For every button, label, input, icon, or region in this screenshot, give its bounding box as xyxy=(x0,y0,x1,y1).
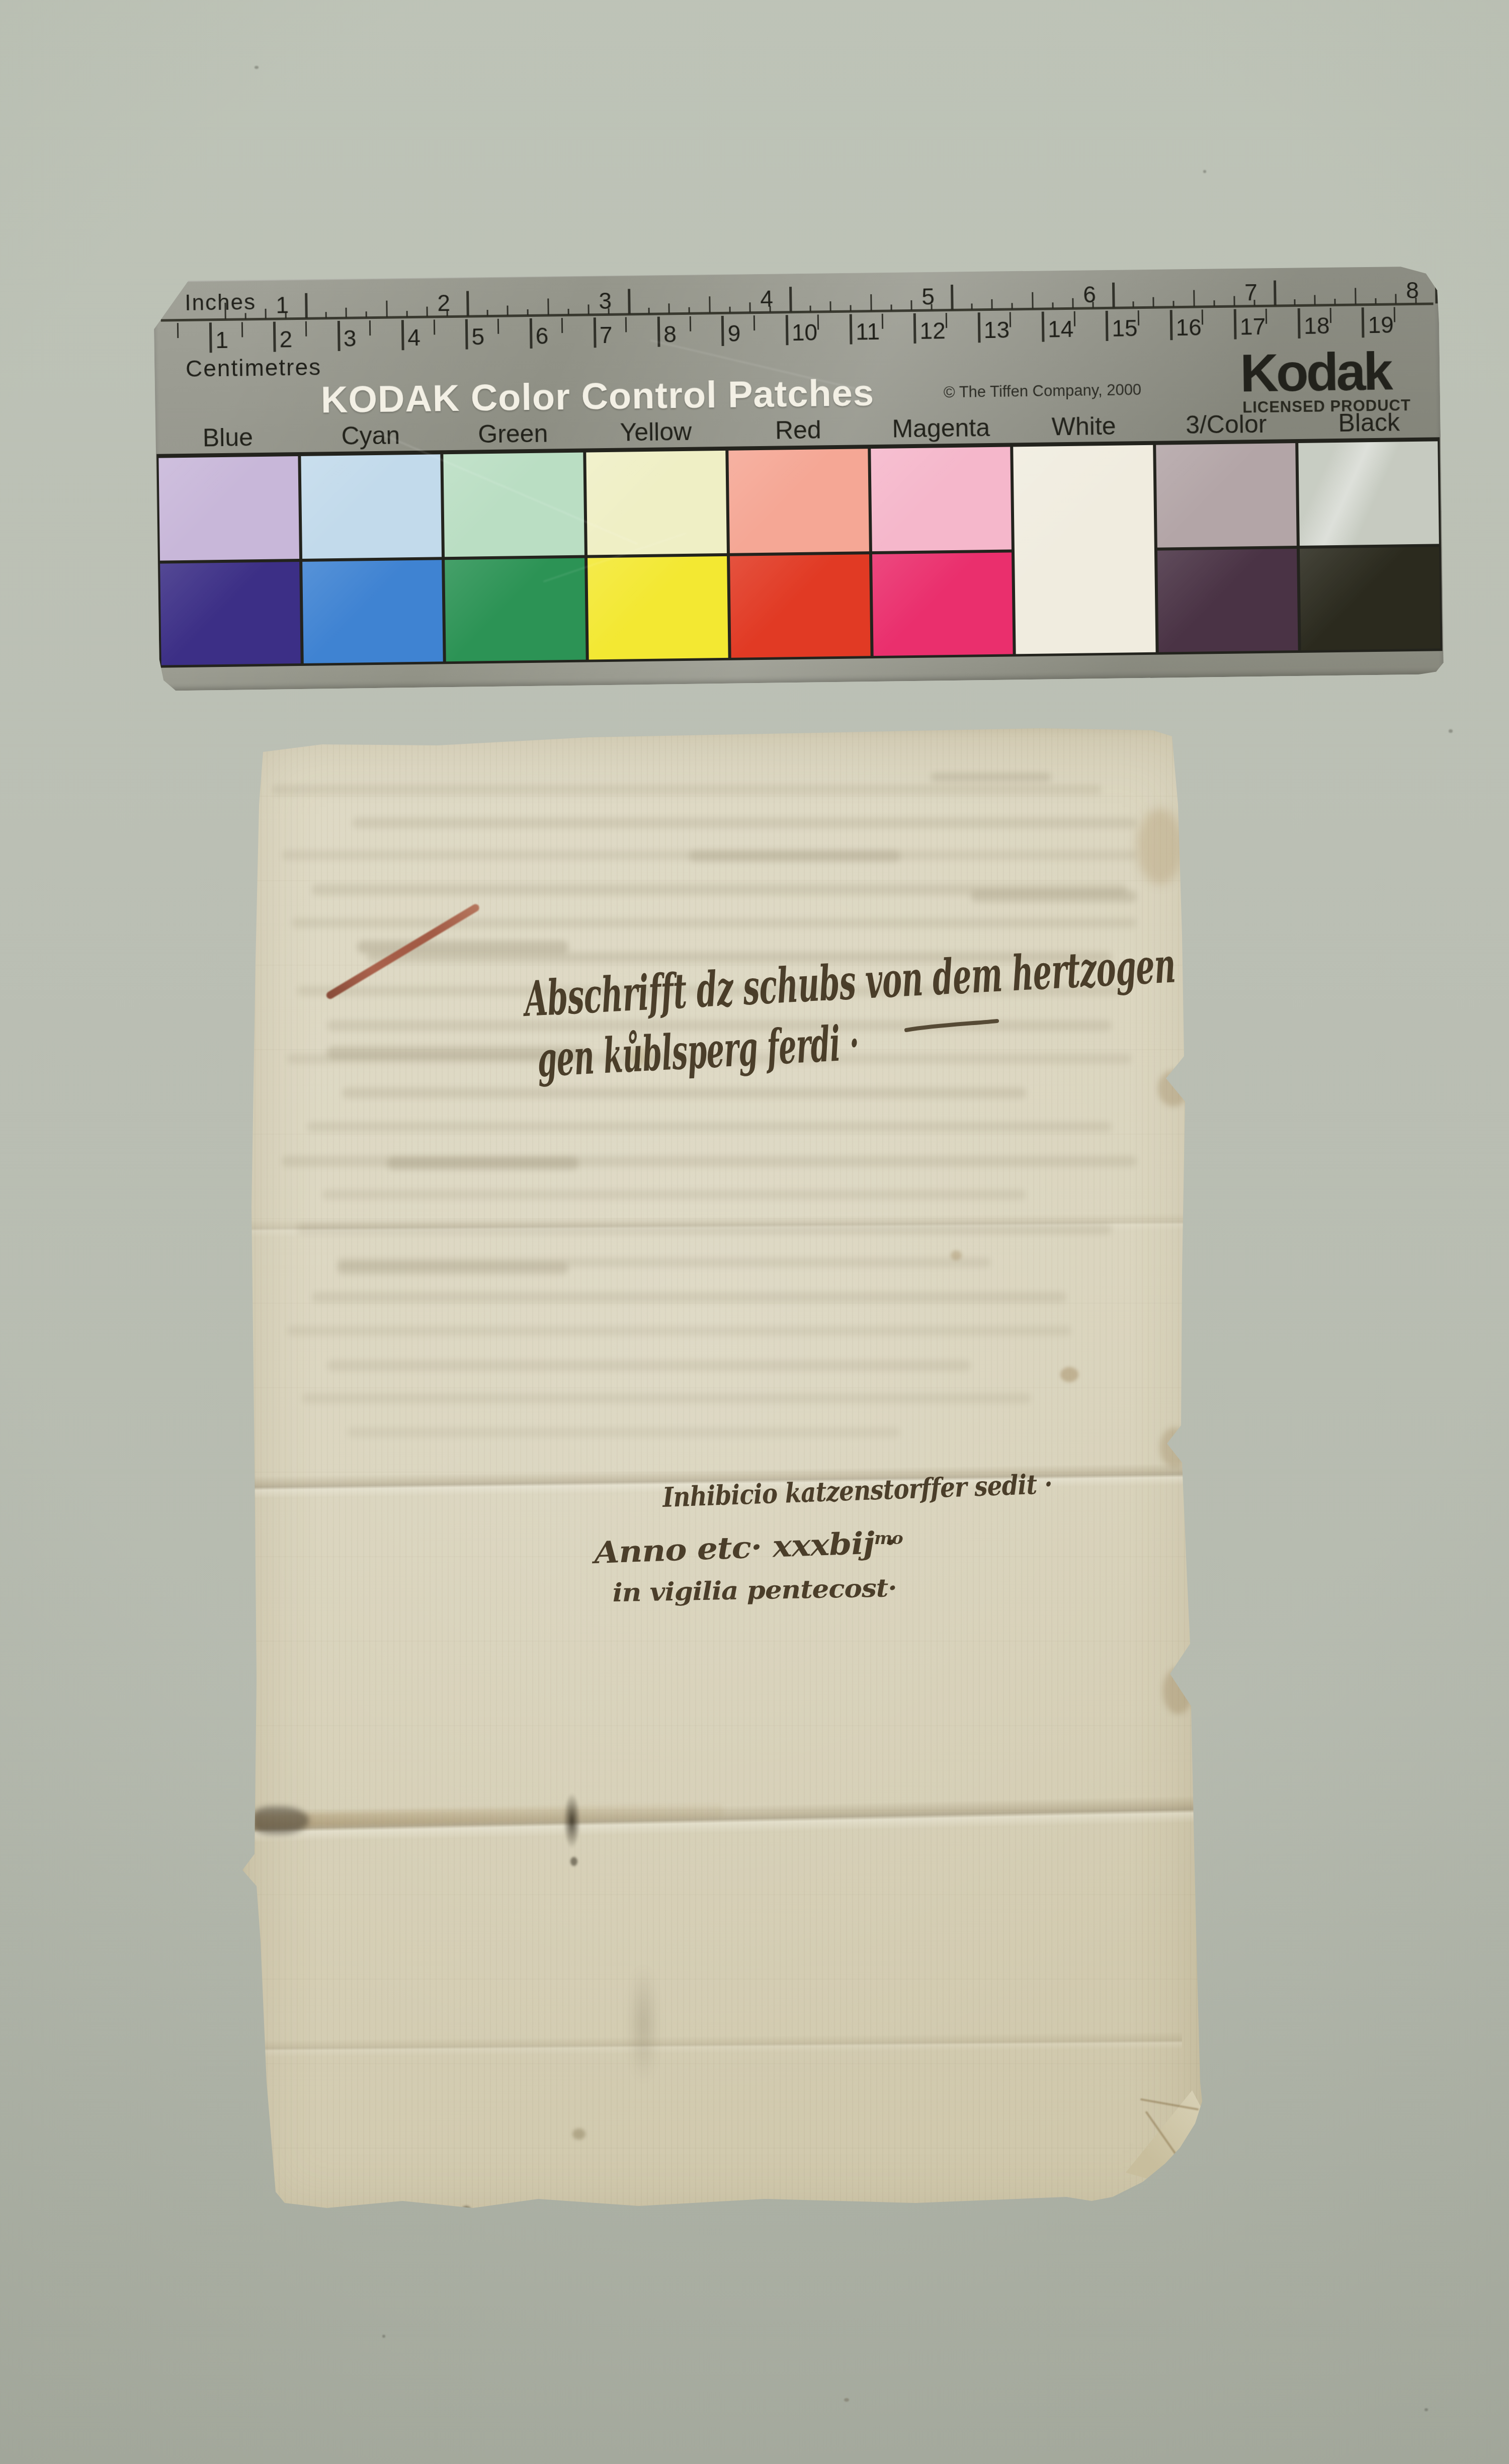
cm-number: 2 xyxy=(279,325,292,353)
inch-tick xyxy=(466,291,469,316)
color-patch-grid xyxy=(156,437,1442,667)
cm-tick xyxy=(433,319,435,334)
cm-tick xyxy=(529,318,532,349)
cm-tick xyxy=(337,321,340,351)
cm-tick xyxy=(690,316,691,331)
cm-tick xyxy=(817,314,819,329)
patch-label: Magenta xyxy=(892,413,990,444)
centimetres-scale-label: Centimetres xyxy=(186,353,322,382)
patch-label: Red xyxy=(775,415,821,445)
cm-tick xyxy=(1298,308,1301,338)
inch-tick xyxy=(1193,290,1195,307)
note-line-3: in vigilia pentecost· xyxy=(612,1573,897,1607)
cm-tick xyxy=(369,320,371,335)
cm-tick xyxy=(881,314,883,329)
cm-tick xyxy=(1202,309,1203,324)
dust-speck xyxy=(255,66,259,69)
patch-column-magenta xyxy=(871,447,1013,656)
inch-tick xyxy=(1032,292,1033,309)
cm-number: 15 xyxy=(1112,314,1138,342)
cm-number: 1 xyxy=(215,326,228,354)
dust-speck xyxy=(382,2335,385,2338)
inch-number: 7 xyxy=(1244,279,1257,306)
cm-tick xyxy=(1106,311,1109,341)
cm-tick xyxy=(241,322,243,337)
cm-tick xyxy=(497,319,499,334)
cm-tick xyxy=(594,317,597,348)
cm-tick xyxy=(1362,307,1365,337)
cm-tick xyxy=(1010,312,1011,327)
cm-number: 10 xyxy=(792,318,818,346)
inch-number: 4 xyxy=(760,285,773,312)
patch-cell-solid xyxy=(160,562,301,665)
cm-tick xyxy=(1233,309,1236,339)
patch-label: Green xyxy=(478,419,548,449)
inch-tick xyxy=(951,285,954,310)
cm-tick xyxy=(177,323,179,338)
dust-speck xyxy=(1424,2408,1428,2411)
cm-number: 11 xyxy=(856,318,880,346)
cm-tick xyxy=(305,321,307,336)
cm-number: 19 xyxy=(1368,311,1394,338)
cm-number: 14 xyxy=(1048,315,1074,343)
inch-number: 1 xyxy=(276,291,289,318)
inch-tick xyxy=(628,289,631,314)
manuscript-leaf: Abschrifft dz schubs von dem hertzogen g… xyxy=(236,724,1212,2233)
cm-tick xyxy=(625,317,627,332)
patch-cell-tint xyxy=(871,447,1012,551)
cm-tick xyxy=(1394,307,1395,322)
patch-column-black xyxy=(1298,441,1441,650)
cm-tick xyxy=(1042,312,1045,342)
inch-number: 6 xyxy=(1083,281,1096,308)
patch-label: Black xyxy=(1338,407,1400,438)
inch-tick xyxy=(224,303,226,319)
patch-cell-solid xyxy=(1157,549,1298,652)
handwriting-layer: Abschrifft dz schubs von dem hertzogen g… xyxy=(236,724,1212,2233)
note-line-2-superscript: mo xyxy=(874,1528,903,1549)
dust-speck xyxy=(1449,729,1453,733)
inch-tick xyxy=(1435,278,1438,303)
inch-tick xyxy=(789,287,792,312)
patch-cell-tint xyxy=(1298,441,1439,546)
patch-cell-tint xyxy=(158,456,299,561)
cm-number: 18 xyxy=(1304,312,1330,339)
cm-tick xyxy=(401,320,404,350)
kodak-color-control-ruler: Inches 12345678 123456789101112131415161… xyxy=(153,264,1444,691)
cm-number: 3 xyxy=(344,324,357,352)
kodak-logo: Kodak xyxy=(1240,342,1391,404)
heading-flourish-dash xyxy=(906,1021,997,1030)
ruler-copyright: © The Tiffen Company, 2000 xyxy=(944,381,1142,401)
cm-tick xyxy=(1073,311,1075,326)
cm-tick xyxy=(1169,310,1172,340)
patch-cell-tint xyxy=(586,451,727,555)
cm-number: 7 xyxy=(600,321,613,349)
cm-tick xyxy=(721,316,724,346)
patch-column-blue xyxy=(158,456,301,665)
cm-tick xyxy=(1266,309,1267,324)
patch-cell-solid xyxy=(730,554,871,658)
inch-number: 2 xyxy=(437,289,450,316)
inch-number: 5 xyxy=(921,283,935,310)
cm-number: 9 xyxy=(727,319,740,347)
cm-tick xyxy=(977,312,980,343)
cm-number: 6 xyxy=(535,322,548,349)
patch-column-white xyxy=(1014,445,1156,654)
patch-cell xyxy=(1014,445,1156,654)
inches-scale-label: Inches xyxy=(185,290,256,316)
patch-cell-tint xyxy=(1156,443,1297,548)
cm-tick xyxy=(561,318,563,333)
patch-cell-solid xyxy=(302,560,443,663)
inch-tick xyxy=(870,294,872,311)
cm-tick xyxy=(1329,308,1331,323)
inch-tick xyxy=(709,296,710,313)
note-line-1: Inhibicio katzenstorffer sedit · xyxy=(661,1468,1052,1513)
cm-number: 4 xyxy=(407,324,421,351)
cm-tick xyxy=(913,313,916,344)
patch-label: 3/Color xyxy=(1186,409,1267,440)
patch-cell-tint xyxy=(301,454,442,559)
inch-number: 8 xyxy=(1406,277,1419,304)
patch-label: Blue xyxy=(202,422,253,452)
patch-cell-solid xyxy=(588,556,728,660)
patch-cell-tint xyxy=(444,453,584,557)
patch-label: Yellow xyxy=(620,417,692,447)
patch-cell-solid xyxy=(1300,547,1441,650)
dust-speck xyxy=(1203,170,1206,173)
patch-cell-solid xyxy=(872,552,1013,656)
cm-tick xyxy=(1138,310,1139,325)
cm-number: 16 xyxy=(1176,313,1202,341)
inch-tick xyxy=(1274,281,1277,306)
cm-tick xyxy=(465,319,468,350)
inch-number: 3 xyxy=(599,287,612,314)
cm-tick xyxy=(209,322,212,353)
patch-column-yellow xyxy=(586,451,728,660)
cm-tick xyxy=(785,315,788,345)
patch-column-green xyxy=(444,453,586,662)
patch-label: White xyxy=(1051,411,1116,442)
cm-tick xyxy=(850,314,853,345)
inch-tick xyxy=(386,301,387,317)
patch-label: Cyan xyxy=(341,420,400,451)
inch-tick xyxy=(547,298,549,315)
patch-column-cyan xyxy=(301,454,444,663)
heading-line-1: Abschrifft dz schubs von dem hertzogen xyxy=(521,937,1177,1028)
cm-number: 17 xyxy=(1240,313,1266,341)
archival-photo-scene: Inches 12345678 123456789101112131415161… xyxy=(0,0,1509,2464)
ruler-title: KODAK Color Control Patches xyxy=(320,371,874,421)
patch-column-red xyxy=(728,449,871,658)
cm-tick xyxy=(946,313,947,328)
cm-number: 13 xyxy=(983,316,1010,344)
inch-tick xyxy=(1112,283,1115,308)
cm-number: 12 xyxy=(919,317,946,345)
patch-column-3-color xyxy=(1156,443,1298,652)
cm-tick xyxy=(753,315,755,330)
inch-tick-marks: 12345678 xyxy=(153,264,1439,281)
note-line-2: Anno etc· xxxbij · xyxy=(591,1525,896,1571)
inch-tick xyxy=(305,293,308,318)
inch-tick xyxy=(1355,288,1356,304)
heading-line-2: gen kůblsperg ferdi · xyxy=(536,1014,860,1088)
patch-cell-tint xyxy=(728,449,869,553)
cm-tick xyxy=(273,322,276,352)
dust-speck xyxy=(844,2398,849,2402)
cm-number: 5 xyxy=(471,323,484,350)
